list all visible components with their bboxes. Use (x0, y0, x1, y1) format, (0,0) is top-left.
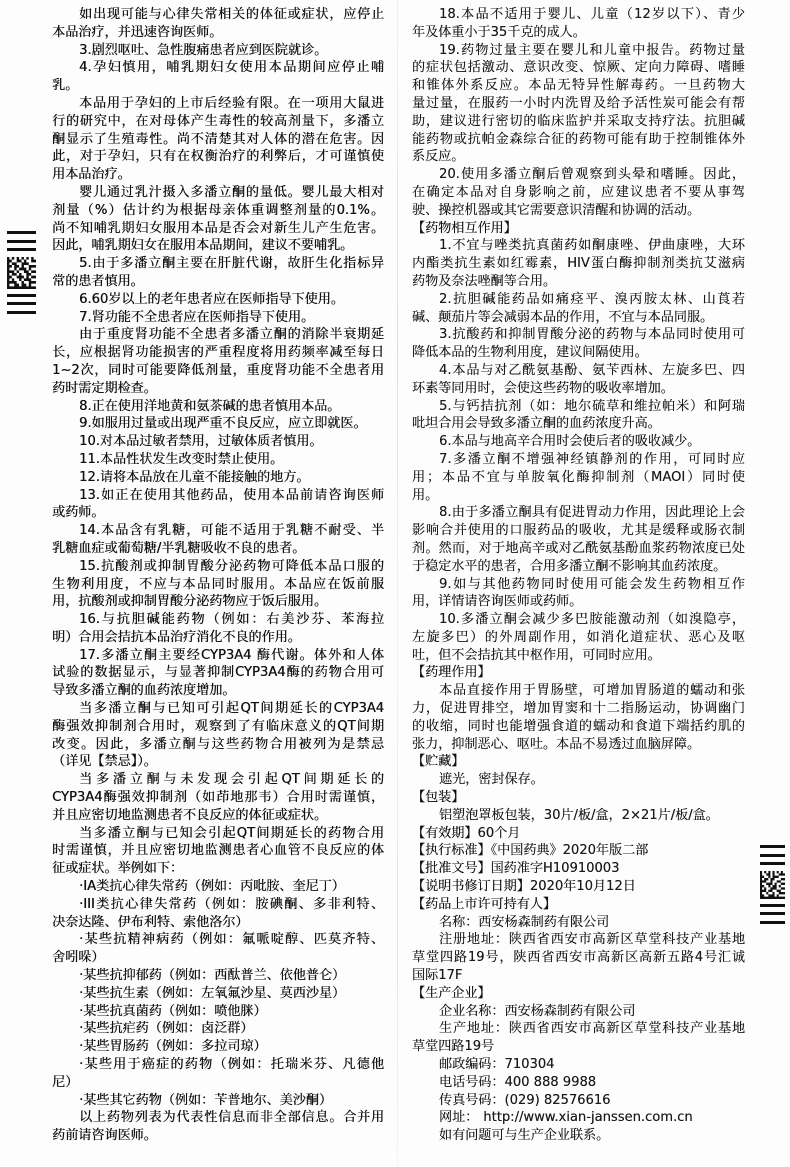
qt-drug-list-item: ·某些抗抑郁药（例如：西酞普兰、依他普仑） (52, 967, 384, 985)
manufacturer-name-row: 企业名称：西安杨森制药有限公司 (412, 1003, 745, 1021)
drug-list-disclaimer: 以上药物列表为代表性信息而非全部信息。合并用 药前请咨询医师。 (52, 1109, 384, 1145)
text-line: 用，详情请咨询医师或药师。 (412, 593, 745, 611)
precaution-item-4: 4.孕妇慎用，哺乳期妇女使用本品期间应停止哺 乳。 (52, 59, 384, 95)
holder-address-line: 国际17F (412, 967, 745, 985)
precaution-item-6: 6.60岁以上的老年患者应在医师指导下使用。 (52, 291, 384, 309)
text-line: 导致多潘立酮的血药浓度增加。 (52, 682, 384, 700)
revision-date-label: 【说明书修订日期】 (412, 879, 530, 894)
text-line: 15.抗酸剂或抑制胃酸分泌药物可降低本品口服的 (52, 558, 384, 576)
text-line: 16.与抗胆碱能药物（例如：右美沙芬、苯海拉 (52, 611, 384, 629)
precaution-item-16: 16.与抗胆碱能药物（例如：右美沙芬、苯海拉 明）合用会拮抗本品治疗消化不良的作… (52, 611, 384, 647)
precaution-item-12: 12.请将本品放在儿童不能接触的地方。 (52, 469, 384, 487)
text-line: ·某些抗精神病药（例如：氟哌啶醇、匹莫齐特、 (52, 931, 384, 949)
barcode-bar (7, 248, 36, 251)
text-line: 驶、操控机器或其它需要意识清醒和协调的活动。 (412, 202, 745, 220)
text-line: 乳糖血症或葡萄糖/半乳糖吸收不良的患者。 (52, 540, 384, 558)
revision-date-value: 2020年10月12日 (530, 879, 636, 894)
text-line: 舍吲哚） (52, 949, 384, 967)
paper-fold-line (397, 0, 398, 1167)
qt-drug-list-item: ·某些抗真菌药（例如：喷他脒） (52, 1003, 384, 1021)
lactation-paragraph: 婴儿通过乳汁摄入多潘立酮的量低。婴儿最大相对 剂量（%）估计约为根据母亲体重调整… (52, 184, 384, 255)
qt-caution-cyp3a4-paragraph: 当多潘立酮与未发现会引起QT间期延长的 CYP3A4酶强效抑制剂（如茚地那韦）合… (52, 771, 384, 824)
interaction-item-8: 8.由于多潘立酮具有促进胃动力作用，因此理论上会 影响合并使用的口服药品的吸收，… (412, 504, 745, 575)
text-line: 决奈达隆、伊布利特、索他洛尔） (52, 914, 384, 932)
holder-address-line: 陕西省西安市高新区草堂科技产业基地 (509, 932, 745, 947)
text-line: 8.由于多潘立酮具有促进胃动力作用，因此理论上会 (412, 504, 745, 522)
text-line: 7.多潘立酮不增强神经镇静剂的作用，可同时应 (412, 451, 745, 469)
holder-address-label: 注册地址： (439, 932, 509, 947)
text-line: 17.多潘立酮主要经CYP3A4 酶代谢。体外和人体 (52, 647, 384, 665)
holder-address-row: 注册地址：陕西省西安市高新区草堂科技产业基地 (412, 931, 745, 949)
text-line: 3.剧烈呕吐、急性腹痛患者应到医院就诊。 (52, 42, 384, 60)
section-heading-storage: 【贮藏】 (412, 753, 745, 771)
manufacturer-name-value: 西安杨森制药有限公司 (504, 1004, 635, 1019)
text-line: 如出现可能与心律失常相关的体征或症状，应停止 (52, 6, 384, 24)
barcode-bar (760, 862, 785, 865)
barcode-bar (760, 845, 785, 848)
standard-value: 《中国药典》2020年版二部 (491, 843, 649, 858)
expiry-value: 60个月 (477, 826, 520, 841)
precaution-item-10: 10.对本品过敏者禁用，过敏体质者慎用。 (52, 433, 384, 451)
text-line: 因此，哺乳期妇女在服用本品期间，建议不要哺乳。 (52, 237, 384, 255)
text-line: 酶强效抑制剂合用时，观察到了有临床意义的QT间期 (52, 718, 384, 736)
arrhythmia-warning-paragraph: 如出现可能与心律失常相关的体征或症状，应停止 本品治疗，并迅速咨询医师。 (52, 6, 384, 42)
pharmacology-section: 【药理作用】 本品直接作用于胃肠壁，可增加胃肠道的蠕动和张 力，促进胃排空，增加… (412, 664, 745, 753)
text-line: 13.如正在使用其他药品，使用本品前请咨询医师 (52, 487, 384, 505)
text-line: 婴儿通过乳汁摄入多潘立酮的量低。婴儿最大相对 (52, 184, 384, 202)
postcode-value: 710304 (504, 1057, 554, 1072)
text-line: 或药师。 (52, 504, 384, 522)
barcode-bar (760, 921, 785, 924)
packaging-text: 铝塑泡罩板包装，30片/板/盒，2×21片/板/盒。 (412, 807, 745, 825)
packaging-section: 【包装】 铝塑泡罩板包装，30片/板/盒，2×21片/板/盒。 (412, 789, 745, 825)
holder-address-line: 草堂四路19号，陕西省西安市高新区高新五路4号汇诚 (412, 949, 745, 967)
text-line: 1~2次，同时可能要降低剂量，重度肾功能不全患者用 (52, 362, 384, 380)
text-line: 年及体重小于35千克的成人。 (412, 24, 745, 42)
text-line: 能药物或抗帕金森综合征的药物可能有助于控制锥体外 (412, 131, 745, 149)
text-line: 3.抗酸药和抑制胃酸分泌的药物与本品同时使用可 (412, 326, 745, 344)
text-line: 本品用于孕妇的上市后经验有限。在一项用大鼠进 (52, 95, 384, 113)
interaction-item-1: 1.不宜与唑类抗真菌药如酮康唑、伊曲康唑，大环 内酯类抗生素如红霉素，HIV蛋白… (412, 237, 745, 290)
holder-name-label: 名称： (439, 915, 478, 930)
text-line: 环素等同用时，会使这些药物的吸收率增加。 (412, 380, 745, 398)
text-line: 7.肾功能不全患者应在医师指导下使用。 (52, 309, 384, 327)
qt-contraindication-paragraph: 当多潘立酮与已知可引起QT间期延长的CYP3A4 酶强效抑制剂合用时，观察到了有… (52, 700, 384, 771)
section-heading-packaging: 【包装】 (412, 789, 745, 807)
text-line: 酮显示了生殖毒性。尚不清楚其对人体的潜在危害。因 (52, 131, 384, 149)
expiry-label: 【有效期】 (412, 826, 477, 841)
interaction-item-5: 5.与钙拮抗剂（如：地尔硫草和维拉帕米）和阿瑞 吡坦合用会导致多潘立酮的血药浓度… (412, 398, 745, 434)
text-line: 4.孕妇慎用，哺乳期妇女使用本品期间应停止哺 (52, 59, 384, 77)
qt-drug-list: ·IA类抗心律失常药（例如：丙吡胺、奎尼丁） ·III类抗心律失常药（例如：胺碘… (52, 878, 384, 1109)
precaution-item-13: 13.如正在使用其他药品，使用本品前请咨询医师 或药师。 (52, 487, 384, 523)
text-line: 由于重度肾功能不全患者多潘立酮的消除半衰期延 (52, 326, 384, 344)
text-line: 18.本品不适用于婴儿、儿童（12岁以下）、青少 (412, 6, 745, 24)
postcode-row: 邮政编码：710304 (412, 1056, 745, 1074)
text-line: 5.由于多潘立酮主要在肝脏代谢，故肝生化指标异 (52, 255, 384, 273)
text-line: 在确定本品对自身影响之前，应建议患者不要从事驾 (412, 184, 745, 202)
qt-drug-list-item: ·某些抗精神病药（例如：氟哌啶醇、匹莫齐特、 舍吲哚） (52, 931, 384, 967)
precaution-item-3: 3.剧烈呕吐、急性腹痛患者应到医院就诊。 (52, 42, 384, 60)
right-column: 18.本品不适用于婴儿、儿童（12岁以下）、青少 年及体重小于35千克的成人。 … (412, 6, 745, 1145)
pregnancy-paragraph: 本品用于孕妇的上市后经验有限。在一项用大鼠进 行的研究中，在对母体产生毒性的较高… (52, 95, 384, 184)
approval-number-row: 【批准文号】国药准字H10910003 (412, 860, 745, 878)
text-line: 1.不宜与唑类抗真菌药如酮康唑、伊曲康唑，大环 (412, 237, 745, 255)
interaction-item-4: 4.本品与对乙酰氨基酚、氨苄西林、左旋多巴、四 环素等同用时，会使这些药物的吸收… (412, 362, 745, 398)
qt-caution-drugs-paragraph: 当多潘立酮与已知会引起QT间期延长的药物合用 时需谨慎，并且应密切地监测患者心血… (52, 825, 384, 878)
text-line: 助，建议进行密切的临床监护并采取支持疗法。抗胆碱 (412, 113, 745, 131)
revision-date-row: 【说明书修订日期】2020年10月12日 (412, 878, 745, 896)
text-line: 和锥体外系反应。本品无特异性解毒药。一旦药物大 (412, 77, 745, 95)
section-heading-pharmacology: 【药理作用】 (412, 664, 745, 682)
text-line: ·某些抗真菌药（例如：喷他脒） (52, 1003, 384, 1021)
left-column-precautions-continued: 如出现可能与心律失常相关的体征或症状，应停止 本品治疗，并迅速咨询医师。 3.剧… (52, 6, 384, 1145)
text-line: 用，抗酸剂或抑制胃酸分泌药物应于饭后服用。 (52, 593, 384, 611)
text-line: 力，促进胃排空，增加胃窦和十二指肠运动，协调幽门 (412, 700, 745, 718)
text-line: 9.如服用过量或出现严重不良反应，应立即就医。 (52, 415, 384, 433)
fax-label: 传真号码： (439, 1093, 504, 1108)
section-heading-manufacturer: 【生产企业】 (412, 985, 745, 1003)
text-line: ·某些抗抑郁药（例如：西酞普兰、依他普仑） (52, 967, 384, 985)
manufacturer-section: 【生产企业】 企业名称：西安杨森制药有限公司 生产地址：陕西省西安市高新区草堂科… (412, 985, 745, 1145)
phone-value: 400 888 9988 (504, 1075, 596, 1090)
text-line: 4.本品与对乙酰氨基酚、氨苄西林、左旋多巴、四 (412, 362, 745, 380)
text-line: 行的研究中，在对母体产生毒性的较高剂量下，多潘立 (52, 113, 384, 131)
text-line: 6.本品与地高辛合用时会使后者的吸收减少。 (412, 433, 745, 451)
text-line: ·某些用于癌症的药物（例如：托瑞米芬、凡德他 (52, 1056, 384, 1074)
qt-drug-list-item: ·某些抗生素（例如：左氧氟沙星、莫西沙星） (52, 985, 384, 1003)
precaution-item-18: 18.本品不适用于婴儿、儿童（12岁以下）、青少 年及体重小于35千克的成人。 (412, 6, 745, 42)
text-line: 系反应。 (412, 148, 745, 166)
text-line: 尚不知哺乳期妇女服用本品是否会对新生儿产生危害。 (52, 220, 384, 238)
text-line: ·III类抗心律失常药（例如：胺碘酮、多非利特、 (52, 896, 384, 914)
precaution-item-5: 5.由于多潘立酮主要在肝脏代谢，故肝生化指标异 常的患者慎用。 (52, 255, 384, 291)
text-line: 的收缩，同时也能增强食道的蠕动和食道下端括约肌的 (412, 718, 745, 736)
text-line: 明）合用会拮抗本品治疗消化不良的作用。 (52, 629, 384, 647)
fax-row: 传真号码：(029) 82576616 (412, 1092, 745, 1110)
barcode-bar (760, 854, 785, 857)
text-line: 长，应根据肾功能损害的严重程度将用药频率减至每日 (52, 344, 384, 362)
text-line: ·IA类抗心律失常药（例如：丙吡胺、奎尼丁） (52, 878, 384, 896)
text-line: 吐，但不会拮抗其中枢作用，可同时应用。 (412, 647, 745, 665)
storage-text: 遮光，密封保存。 (412, 771, 745, 789)
holder-name-row: 名称：西安杨森制药有限公司 (412, 914, 745, 932)
interaction-item-10: 10.多潘立酮会减少多巴胺能激动剂（如溴隐亭， 左旋多巴）的外周副作用，如消化道… (412, 611, 745, 664)
approval-number-value: 国药准字H10910003 (491, 861, 620, 876)
barcode-bar (7, 231, 36, 234)
text-line: 19.药物过量主要在婴儿和儿童中报告。药物过量 (412, 42, 745, 60)
text-line: 本品直接作用于胃肠壁，可增加胃肠道的蠕动和张 (412, 682, 745, 700)
standard-row: 【执行标准】《中国药典》2020年版二部 (412, 842, 745, 860)
phone-label: 电话号码： (439, 1075, 504, 1090)
fax-value: (029) 82576616 (504, 1093, 610, 1108)
section-heading-drug-interactions: 【药物相互作用】 (412, 220, 745, 238)
text-line: ·某些抗疟药（例如：卤泛群） (52, 1020, 384, 1038)
barcode-bar (760, 912, 785, 915)
qt-drug-list-item: ·某些其它药物（例如：苄普地尔、美沙酮） (52, 1092, 384, 1110)
text-line: 14.本品含有乳糖，可能不适用于乳糖不耐受、半 (52, 522, 384, 540)
qt-drug-list-item: ·III类抗心律失常药（例如：胺碘酮、多非利特、 决奈达隆、伊布利特、索他洛尔） (52, 896, 384, 932)
datamatrix-icon (7, 257, 36, 289)
holder-name-value: 西安杨森制药有限公司 (478, 915, 609, 930)
text-line: 并且应密切地监测患者不良反应的体征或症状。 (52, 807, 384, 825)
text-line: 2.抗胆碱能药品如痛痉平、溴丙胺太林、山莨若 (412, 291, 745, 309)
renal-impairment-paragraph: 由于重度肾功能不全患者多潘立酮的消除半衰期延 长，应根据肾功能损害的严重程度将用… (52, 326, 384, 397)
text-line: 影响合并使用的口服药品的吸收，尤其是缓释或肠衣制 (412, 522, 745, 540)
text-line: 此，对于孕妇，只有在权衡治疗的利弊后，才可谨慎使 (52, 148, 384, 166)
standard-label: 【执行标准】 (412, 843, 491, 858)
precaution-item-8: 8.正在使用洋地黄和氨茶碱的患者慎用本品。 (52, 398, 384, 416)
contact-note: 如有问题可与生产企业联系。 (412, 1127, 745, 1145)
postcode-label: 邮政编码： (439, 1057, 504, 1072)
interaction-item-7: 7.多潘立酮不增强神经镇静剂的作用，可同时应 用；本品不宜与单胺氧化酶抑制剂（M… (412, 451, 745, 504)
section-heading-license-holder: 【药品上市许可持有人】 (412, 896, 745, 914)
text-line: 量过量，在服药一小时内洗胃及给予活性炭可能会有帮 (412, 95, 745, 113)
text-line: 5.与钙拮抗剂（如：地尔硫草和维拉帕米）和阿瑞 (412, 398, 745, 416)
manufacturer-address-line: 草堂四路19号 (412, 1038, 745, 1056)
text-line: 当多潘立酮与未发现会引起QT间期延长的 (52, 771, 384, 789)
text-line: 常的患者慎用。 (52, 273, 384, 291)
barcode-bar (7, 240, 36, 243)
text-line: 吡坦合用会导致多潘立酮的血药浓度升高。 (412, 415, 745, 433)
approval-number-label: 【批准文号】 (412, 861, 491, 876)
manufacturer-address-row: 生产地址：陕西省西安市高新区草堂科技产业基地 (412, 1020, 745, 1038)
text-line: 内酯类抗生素如红霉素，HIV蛋白酶抑制剂类抗艾滋病 (412, 255, 745, 273)
text-line: 于稳定水平的患者，合用多潘立酮不影响其血药浓度。 (412, 558, 745, 576)
text-line: 改变。因此，多潘立酮与这些药物合用被列为是禁忌 (52, 736, 384, 754)
text-line: 碱、颠茄片等会减弱本品的作用，不宜与本品同服。 (412, 309, 745, 327)
phone-row: 电话号码：400 888 9988 (412, 1074, 745, 1092)
text-line: 12.请将本品放在儿童不能接触的地方。 (52, 469, 384, 487)
text-line: 8.正在使用洋地黄和氨茶碱的患者慎用本品。 (52, 398, 384, 416)
text-line: 9.如与其他药物同时使用可能会发生药物相互作 (412, 576, 745, 594)
datamatrix-barcode-right (760, 845, 785, 929)
precaution-item-20-driving: 20.使用多潘立酮后曾观察到头晕和嗜睡。因此， 在确定本品对自身影响之前，应建议… (412, 166, 745, 219)
barcode-bar (7, 294, 36, 297)
text-line: 左旋多巴）的外周副作用，如消化道症状、恶心及呕 (412, 629, 745, 647)
barcode-bar (7, 302, 36, 305)
interaction-item-6: 6.本品与地高辛合用时会使后者的吸收减少。 (412, 433, 745, 451)
text-line: 10.多潘立酮会减少多巴胺能激动剂（如溴隐亭， (412, 611, 745, 629)
manufacturer-address-line: 陕西省西安市高新区草堂科技产业基地 (509, 1021, 745, 1036)
text-line: 尼） (52, 1074, 384, 1092)
precaution-item-17: 17.多潘立酮主要经CYP3A4 酶代谢。体外和人体 试验的数据显示，与显著抑制… (52, 647, 384, 700)
text-line: 时需谨慎，并且应密切地监测患者心血管不良反应的体 (52, 842, 384, 860)
text-line: 张力，抑制恶心、呕吐。本品不易透过血脑屏障。 (412, 736, 745, 754)
text-line: 用本品治疗。 (52, 166, 384, 184)
datamatrix-icon (760, 871, 785, 899)
text-line: 试验的数据显示，与显著抑制CYP3A4酶的药物合用可 (52, 664, 384, 682)
text-line: CYP3A4酶强效抑制剂（如茚地那韦）合用时需谨慎， (52, 789, 384, 807)
precaution-item-11: 11.本品性状发生改变时禁止使用。 (52, 451, 384, 469)
precaution-item-19-overdose: 19.药物过量主要在婴儿和儿童中报告。药物过量 的症状包括激动、意识改变、惊厥、… (412, 42, 745, 167)
manufacturer-address-label: 生产地址： (439, 1021, 509, 1036)
text-line: 的症状包括激动、意识改变、惊厥、定向力障碍、嗜睡 (412, 59, 745, 77)
text-line: 降低本品的生物利用度，建议间隔使用。 (412, 344, 745, 362)
precaution-item-7: 7.肾功能不全患者应在医师指导下使用。 (52, 309, 384, 327)
text-line: 用。 (412, 487, 745, 505)
text-line: 生物利用度，不应与本品同时服用。本品应在饭前服 (52, 576, 384, 594)
qt-drug-list-item: ·某些胃肠药（例如：多拉司琼） (52, 1038, 384, 1056)
text-line: 乳。 (52, 77, 384, 95)
expiry-row: 【有效期】60个月 (412, 825, 745, 843)
text-line: 药前请咨询医师。 (52, 1127, 384, 1145)
datamatrix-barcode-left (7, 231, 36, 319)
text-line: ·某些其它药物（例如：苄普地尔、美沙酮） (52, 1092, 384, 1110)
storage-section: 【贮藏】 遮光，密封保存。 (412, 753, 745, 789)
barcode-bar (7, 311, 36, 314)
precaution-item-9: 9.如服用过量或出现严重不良反应，应立即就医。 (52, 415, 384, 433)
precaution-item-15: 15.抗酸剂或抑制胃酸分泌药物可降低本品口服的 生物利用度，不应与本品同时服用。… (52, 558, 384, 611)
text-line: 6.60岁以上的老年患者应在医师指导下使用。 (52, 291, 384, 309)
text-line: 10.对本品过敏者禁用，过敏体质者慎用。 (52, 433, 384, 451)
text-line: 11.本品性状发生改变时禁止使用。 (52, 451, 384, 469)
text-line: 征或症状。举例如下： (52, 860, 384, 878)
license-holder-section: 【药品上市许可持有人】 名称：西安杨森制药有限公司 注册地址：陕西省西安市高新区… (412, 896, 745, 985)
qt-drug-list-item: ·某些抗疟药（例如：卤泛群） (52, 1020, 384, 1038)
qt-drug-list-item: ·IA类抗心律失常药（例如：丙吡胺、奎尼丁） (52, 878, 384, 896)
text-line: 当多潘立酮与已知会引起QT间期延长的药物合用 (52, 825, 384, 843)
text-line: 药时需定期检查。 (52, 380, 384, 398)
text-line: 当多潘立酮与已知可引起QT间期延长的CYP3A4 (52, 700, 384, 718)
text-line: 药物及奈法唑酮等合用。 (412, 273, 745, 291)
interaction-item-9: 9.如与其他药物同时使用可能会发生药物相互作 用，详情请咨询医师或药师。 (412, 576, 745, 612)
website-row: 网址：http://www.xian-janssen.com.cn (412, 1109, 745, 1127)
text-line: 20.使用多潘立酮后曾观察到头晕和嗜睡。因此， (412, 166, 745, 184)
qt-drug-list-item: ·某些用于癌症的药物（例如：托瑞米芬、凡德他 尼） (52, 1056, 384, 1092)
manufacturer-name-label: 企业名称： (439, 1004, 504, 1019)
interaction-item-2: 2.抗胆碱能药品如痛痉平、溴丙胺太林、山莨若 碱、颠茄片等会减弱本品的作用，不宜… (412, 291, 745, 327)
website-value: http://www.xian-janssen.com.cn (483, 1110, 692, 1125)
text-line: ·某些胃肠药（例如：多拉司琼） (52, 1038, 384, 1056)
interaction-item-3: 3.抗酸药和抑制胃酸分泌的药物与本品同时使用可 降低本品的生物利用度，建议间隔使… (412, 326, 745, 362)
text-line: 剂。然而，对于地高辛或对乙酰氨基酚血浆药物浓度已处 (412, 540, 745, 558)
text-line: 剂量（%）估计约为根据母亲体重调整剂量的0.1%。 (52, 202, 384, 220)
text-line: ·某些抗生素（例如：左氧氟沙星、莫西沙星） (52, 985, 384, 1003)
text-line: 用；本品不宜与单胺氧化酶抑制剂（MAOI）同时使 (412, 469, 745, 487)
text-line: 本品治疗，并迅速咨询医师。 (52, 24, 384, 42)
precaution-item-14: 14.本品含有乳糖，可能不适用于乳糖不耐受、半 乳糖血症或葡萄糖/半乳糖吸收不良… (52, 522, 384, 558)
text-line: 以上药物列表为代表性信息而非全部信息。合并用 (52, 1109, 384, 1127)
drug-interactions-section: 【药物相互作用】 1.不宜与唑类抗真菌药如酮康唑、伊曲康唑，大环 内酯类抗生素如… (412, 220, 745, 665)
website-label: 网址： (439, 1110, 478, 1125)
barcode-bar (760, 904, 785, 907)
text-line: （详见【禁忌】）。 (52, 753, 384, 771)
